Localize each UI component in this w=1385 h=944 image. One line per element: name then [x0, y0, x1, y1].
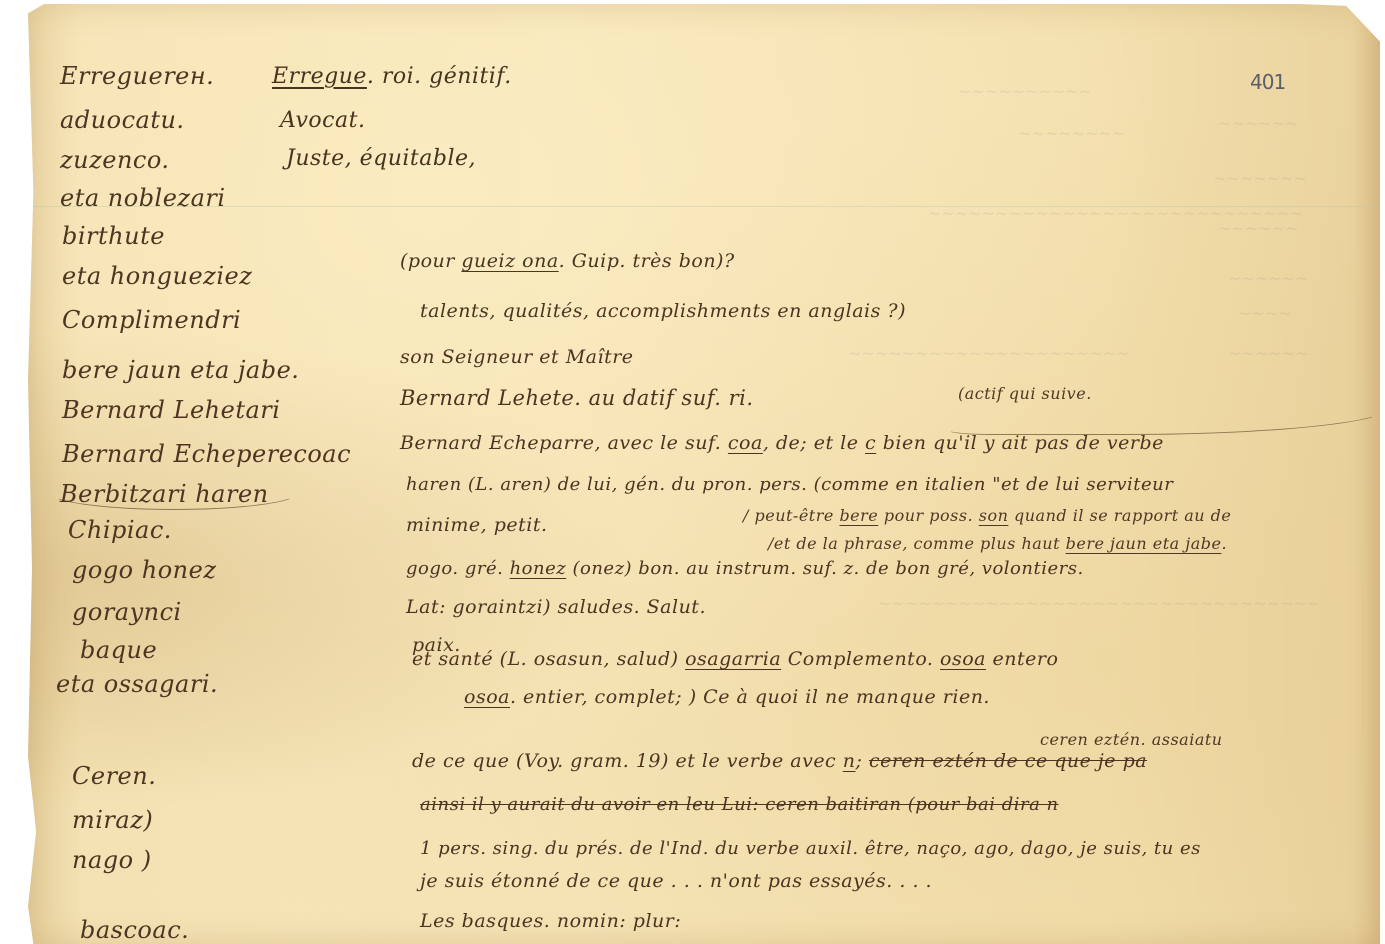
basque-word: aduocatu.	[60, 106, 185, 134]
note-line: minime, petit.	[406, 514, 548, 536]
basque-word: eta ossagari.	[56, 670, 218, 698]
note-line: / peut-être bere pour poss. son quand il…	[743, 506, 1231, 525]
note-line: et santé (L. osasun, salud) osagarria Co…	[412, 648, 1058, 670]
manuscript-page: ~~~~~~~~~~ ~~~~~~~~ ~~~~~~~~~~~~~~~~~~~~…	[28, 4, 1380, 940]
note-line: 1 pers. sing. du prés. de l'Ind. du verb…	[420, 838, 1201, 859]
note-line-struck: ainsi il y aurait du avoir en leu Lui: c…	[420, 794, 1059, 815]
note-line: osoa. entier, complet; ) Ce à quoi il ne…	[464, 686, 990, 708]
bracket-arc	[48, 474, 300, 510]
note-line: (pour gueiz ona. Guip. très bon)?	[400, 250, 735, 272]
basque-word: nago )	[72, 846, 152, 874]
basque-word: Bernard Lehetari	[62, 396, 280, 424]
basque-word: gogo honez	[72, 556, 216, 584]
basque-word: goraynci	[72, 598, 182, 626]
basque-word: eta noblezari	[60, 184, 226, 212]
note-line: Bernard Echeparre, avec le suf. coa, de;…	[400, 432, 1164, 454]
bracket-arc	[948, 389, 1385, 435]
bleed-through-text: ~~~~	[1238, 304, 1292, 323]
basque-word: Bernard Echeperecoac	[62, 440, 351, 468]
basque-word: Complimendri	[62, 306, 241, 334]
basque-word: bascoac.	[80, 916, 189, 940]
note-line: Les basques. nomin: plur:	[420, 910, 681, 932]
note-line: Lat: goraintzi) saludes. Salut.	[406, 596, 706, 618]
basque-word: Chipiac.	[68, 516, 172, 544]
note-line: haren (L. aren) de lui, gén. du pron. pe…	[406, 474, 1173, 495]
gloss-erregueren: Erregue. roi. génitif.	[272, 64, 512, 89]
underlined-word: Erregue	[272, 64, 367, 89]
bleed-through-text: ~~~~~~~~~~~~~~~~~~~~~	[848, 344, 1130, 363]
bleed-through-text: ~~~~~~	[1218, 219, 1298, 238]
basque-word: eta hongueziez	[62, 262, 252, 290]
note-line: Bernard Lehete. au datif suf. ri.	[400, 386, 754, 410]
bleed-through-text: ~~~~~~~	[1213, 169, 1307, 188]
note-line: /et de la phrase, comme plus haut bere j…	[768, 534, 1227, 553]
basque-word: birthute	[62, 222, 165, 250]
note-line: gogo. gré. honez (onez) bon. au instrum.…	[406, 558, 1084, 579]
page-number: 401	[1250, 70, 1285, 94]
note-line: talents, qualités, accomplishments en an…	[420, 300, 906, 322]
basque-word: miraz)	[72, 806, 153, 834]
basque-word: Ceren.	[72, 762, 156, 790]
gloss-aduocatu: Avocat.	[280, 108, 365, 133]
bleed-through-text: ~~~~~~	[1228, 344, 1308, 363]
note-line: son Seigneur et Maître	[400, 346, 634, 368]
bleed-through-text: ~~~~~~~~	[1018, 124, 1125, 143]
bleed-through-text: ~~~~~~	[1228, 269, 1308, 288]
basque-word: Erreguerен.	[60, 62, 214, 90]
note-line: je suis étonné de ce que . . . n'ont pas…	[420, 870, 932, 892]
bleed-through-text: ~~~~~~~~~~~~~~~~~~~~~~~~~~~~~~~~~	[878, 594, 1320, 613]
bleed-through-text: ~~~~~~	[1218, 114, 1298, 133]
bleed-through-text: ~~~~~~~~~~	[958, 82, 1092, 101]
basque-word: baque	[80, 636, 157, 664]
basque-word: bere jaun eta jabe.	[62, 356, 299, 384]
gloss-zuzenco: Juste, équitable,	[286, 146, 476, 171]
basque-word: zuzenco.	[60, 146, 170, 174]
interlinear-correction: ceren eztén. assaiatu	[1040, 730, 1223, 749]
note-line: de ce que (Voy. gram. 19) et le verbe av…	[412, 750, 1147, 772]
